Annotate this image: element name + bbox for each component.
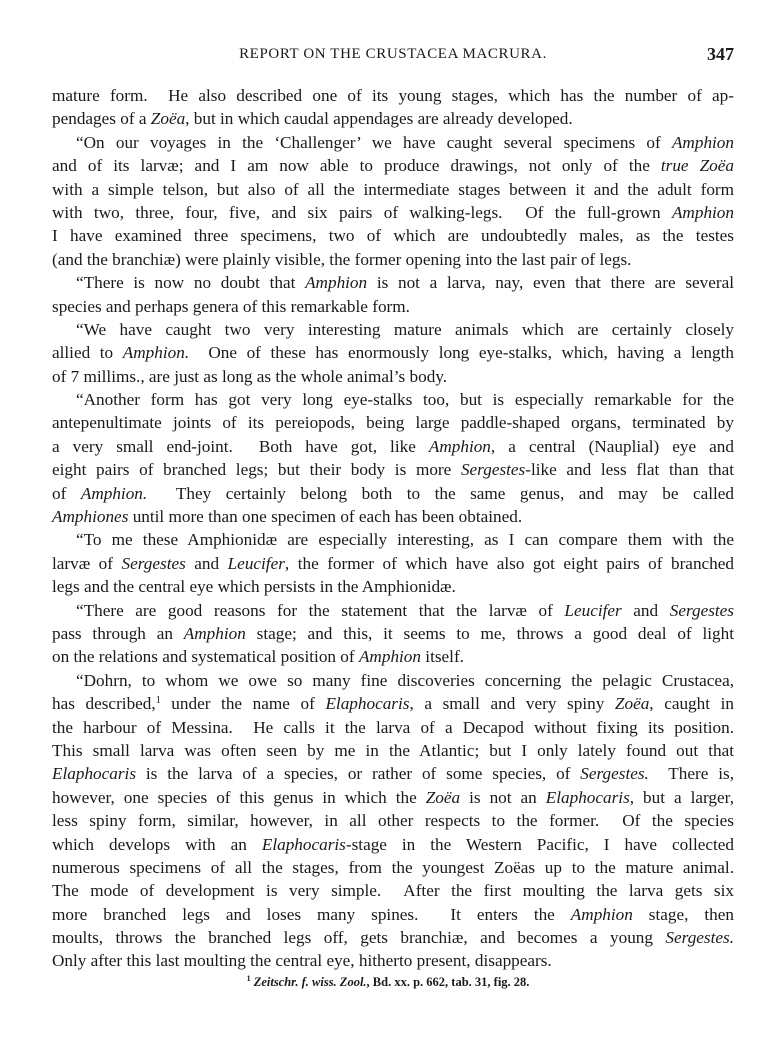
body-text: mature form. He also described one of it…: [52, 84, 734, 973]
text-line: legs and the central eye which persists …: [52, 575, 734, 598]
italic-text: Amphion.: [81, 484, 147, 503]
text-line: The mode of development is very simple. …: [52, 879, 734, 902]
text-run: , but a larger,: [630, 788, 734, 807]
text-line: allied to Amphion. One of these has enor…: [52, 341, 734, 364]
text-run: One of these has enormously long eye-sta…: [189, 343, 734, 362]
footnote: 1 Zeitschr. f. wiss. Zool., Bd. xx. p. 6…: [0, 975, 776, 990]
text-run: with two, three, four, five, and six pai…: [52, 203, 672, 222]
text-run: has described,: [52, 694, 156, 713]
text-line: with two, three, four, five, and six pai…: [52, 201, 734, 224]
text-line: on the relations and systematical positi…: [52, 645, 734, 668]
italic-text: Leucifer: [228, 554, 285, 573]
text-run: and of its larvæ; and I am now able to p…: [52, 156, 661, 175]
text-line: of 7 millims., are just as long as the w…: [52, 365, 734, 388]
italic-text: Zoëa: [426, 788, 460, 807]
italic-text: Elaphocaris: [325, 694, 409, 713]
text-run: on the relations and systematical positi…: [52, 647, 359, 666]
text-run: mature form. He also described one of it…: [52, 86, 734, 105]
text-line: antepenultimate joints of its pereiopods…: [52, 411, 734, 434]
italic-text: Amphion: [571, 905, 633, 924]
text-run: “There is now no doubt that: [76, 273, 305, 292]
text-run: “Another form has got very long eye-stal…: [76, 390, 734, 409]
italic-text: Amphion.: [123, 343, 189, 362]
text-line: however, one species of this genus in wh…: [52, 786, 734, 809]
text-run: itself.: [421, 647, 464, 666]
italic-text: Zoëa: [151, 109, 185, 128]
text-line: (and the branchiæ) were plainly visible,…: [52, 248, 734, 271]
text-line: “We have caught two very interesting mat…: [52, 318, 734, 341]
text-line: I have examined three specimens, two of …: [52, 224, 734, 247]
text-run: stage, then: [633, 905, 734, 924]
text-line: This small larva was often seen by me in…: [52, 739, 734, 762]
text-run: and: [622, 601, 670, 620]
text-run: This small larva was often seen by me in…: [52, 741, 734, 760]
text-line: pass through an Amphion stage; and this,…: [52, 622, 734, 645]
italic-text: Amphion: [429, 437, 491, 456]
text-run: a very small end-joint. Both have got, l…: [52, 437, 429, 456]
italic-text: Sergestes: [122, 554, 186, 573]
text-line: pendages of a Zoëa, but in which caudal …: [52, 107, 734, 130]
text-run: is the larva of a species, or rather of …: [136, 764, 580, 783]
text-run: legs and the central eye which persists …: [52, 577, 456, 596]
text-line: the harbour of Messina. He calls it the …: [52, 716, 734, 739]
page-number: 347: [707, 44, 734, 65]
italic-text: Elaphocaris: [546, 788, 630, 807]
text-run: which develops with an: [52, 835, 262, 854]
text-run: “To me these Amphionidæ are especially i…: [76, 530, 734, 549]
text-line: Only after this last moulting the centra…: [52, 949, 734, 972]
italic-text: Sergestes: [670, 601, 734, 620]
text-line: a very small end-joint. Both have got, l…: [52, 435, 734, 458]
text-run: They certainly belong both to the same g…: [147, 484, 734, 503]
text-run: moults, throws the branched legs off, ge…: [52, 928, 665, 947]
text-line: numerous specimens of all the stages, fr…: [52, 856, 734, 879]
text-run: , but in which caudal appendages are alr…: [185, 109, 573, 128]
text-line: Amphiones until more than one specimen o…: [52, 505, 734, 528]
text-run: The mode of development is very simple. …: [52, 881, 734, 900]
italic-text: Amphion: [305, 273, 367, 292]
text-line: “Another form has got very long eye-stal…: [52, 388, 734, 411]
running-title: REPORT ON THE CRUSTACEA MACRURA.: [52, 46, 734, 63]
text-line: “To me these Amphionidæ are especially i…: [52, 528, 734, 551]
text-run: antepenultimate joints of its pereiopods…: [52, 413, 734, 432]
text-line: eight pairs of branched legs; but their …: [52, 458, 734, 481]
text-run: less spiny form, similar, however, in al…: [52, 811, 734, 830]
text-run: “On our voyages in the ‘Challenger’ we h…: [76, 133, 672, 152]
text-line: and of its larvæ; and I am now able to p…: [52, 154, 734, 177]
text-run: of 7 millims., are just as long as the w…: [52, 367, 447, 386]
text-run: more branched legs and loses many spines…: [52, 905, 571, 924]
text-line: larvæ of Sergestes and Leucifer, the for…: [52, 552, 734, 575]
text-line: “On our voyages in the ‘Challenger’ we h…: [52, 131, 734, 154]
text-run: species and perhaps genera of this remar…: [52, 297, 410, 316]
text-run: is not a larva, nay, even that there are…: [367, 273, 734, 292]
italic-text: Amphion: [184, 624, 246, 643]
italic-text: Amphion: [672, 203, 734, 222]
italic-text: Elaphocaris: [262, 835, 346, 854]
text-line: mature form. He also described one of it…: [52, 84, 734, 107]
text-run: with a simple telson, but also of all th…: [52, 180, 734, 199]
text-run: of: [52, 484, 81, 503]
text-run: numerous specimens of all the stages, fr…: [52, 858, 734, 877]
text-line: moults, throws the branched legs off, ge…: [52, 926, 734, 949]
text-run: , a central (Nauplial) eye and: [491, 437, 734, 456]
text-run: allied to: [52, 343, 123, 362]
text-run: , caught in: [649, 694, 734, 713]
footnote-citation-title: Zeitschr. f. wiss. Zool.: [254, 975, 367, 989]
italic-text: Leucifer: [564, 601, 621, 620]
text-run: -like and less flat than that: [525, 460, 734, 479]
text-run: “There are good reasons for the statemen…: [76, 601, 564, 620]
text-run: “We have caught two very interesting mat…: [76, 320, 734, 339]
italic-text: Amphion: [359, 647, 421, 666]
italic-text: Sergestes: [461, 460, 525, 479]
italic-text: Amphion: [672, 133, 734, 152]
italic-text: Amphiones: [52, 507, 128, 526]
text-run: however, one species of this genus in wh…: [52, 788, 426, 807]
text-line: more branched legs and loses many spines…: [52, 903, 734, 926]
text-line: has described,1 under the name of Elapho…: [52, 692, 734, 715]
text-run: pass through an: [52, 624, 184, 643]
text-run: (and the branchiæ) were plainly visible,…: [52, 250, 631, 269]
text-line: species and perhaps genera of this remar…: [52, 295, 734, 318]
text-run: under the name of: [161, 694, 326, 713]
text-line: of Amphion. They certainly belong both t…: [52, 482, 734, 505]
text-run: “Dohrn, to whom we owe so many fine disc…: [76, 671, 734, 690]
text-run: the harbour of Messina. He calls it the …: [52, 718, 734, 737]
text-line: less spiny form, similar, however, in al…: [52, 809, 734, 832]
page-header: REPORT ON THE CRUSTACEA MACRURA. 347: [52, 46, 734, 70]
text-run: There is,: [649, 764, 734, 783]
italic-text: Sergestes.: [665, 928, 734, 947]
text-run: and: [186, 554, 228, 573]
italic-text: Elaphocaris: [52, 764, 136, 783]
italic-text: true Zoëa: [661, 156, 734, 175]
text-run: pendages of a: [52, 109, 151, 128]
italic-text: Sergestes.: [580, 764, 649, 783]
text-run: I have examined three specimens, two of …: [52, 226, 734, 245]
italic-text: Zoëa: [615, 694, 649, 713]
text-line: Elaphocaris is the larva of a species, o…: [52, 762, 734, 785]
text-run: -stage in the Western Pacific, I have co…: [346, 835, 734, 854]
footnote-run: , Bd. xx. p. 662, tab. 31, fig. 28.: [367, 975, 530, 989]
text-line: with a simple telson, but also of all th…: [52, 178, 734, 201]
text-run: is not an: [460, 788, 546, 807]
text-run: until more than one specimen of each has…: [128, 507, 522, 526]
text-run: eight pairs of branched legs; but their …: [52, 460, 461, 479]
text-line: which develops with an Elaphocaris-stage…: [52, 833, 734, 856]
text-run: , the former of which have also got eigh…: [285, 554, 734, 573]
text-line: “There is now no doubt that Amphion is n…: [52, 271, 734, 294]
text-run: larvæ of: [52, 554, 122, 573]
text-run: , a small and very spiny: [409, 694, 614, 713]
text-run: Only after this last moulting the centra…: [52, 951, 552, 970]
text-line: “There are good reasons for the statemen…: [52, 599, 734, 622]
text-run: stage; and this, it seems to me, throws …: [246, 624, 734, 643]
footnote-text: Zeitschr. f. wiss. Zool., Bd. xx. p. 662…: [251, 975, 530, 989]
text-line: “Dohrn, to whom we owe so many fine disc…: [52, 669, 734, 692]
